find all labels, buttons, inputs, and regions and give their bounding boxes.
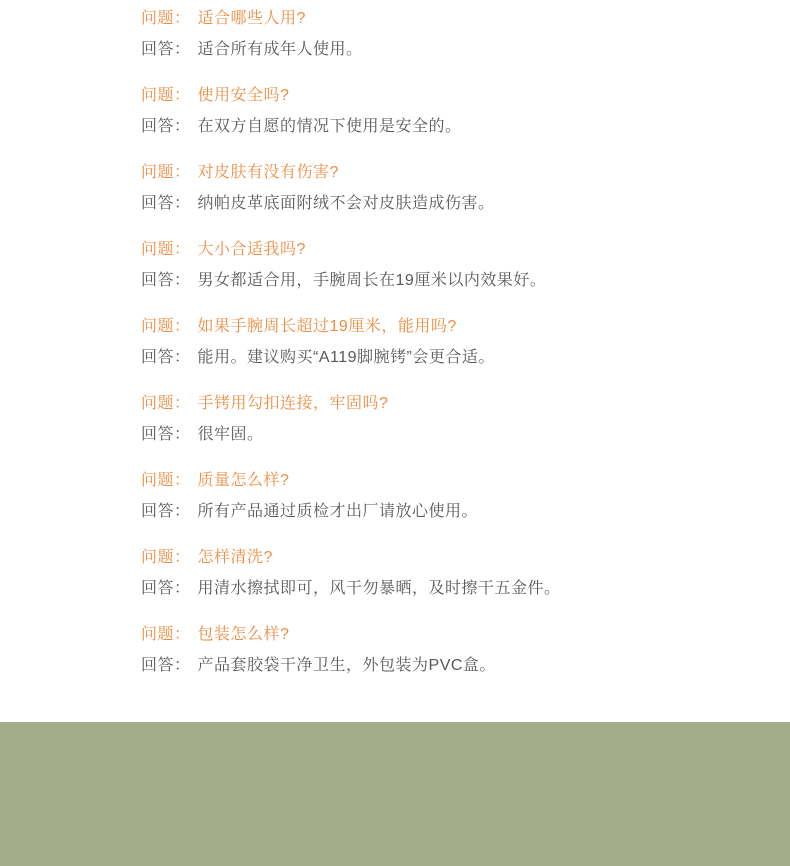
answer-line: 回答： 用清水擦拭即可，风干勿暴晒，及时擦干五金件。 (141, 578, 750, 600)
answer-line: 回答： 能用。建议购买“A119脚腕铐”会更合适。 (141, 347, 750, 369)
question-text: 大小合适我吗? (198, 239, 306, 261)
answer-label: 回答： (141, 116, 191, 138)
question-line: 问题： 如果手腕周长超过19厘米，能用吗? (141, 316, 750, 338)
answer-label: 回答： (141, 193, 191, 215)
faq-item: 问题： 适合哪些人用? 回答： 适合所有成年人使用。 (141, 8, 750, 61)
question-line: 问题： 大小合适我吗? (141, 239, 750, 261)
answer-text: 用清水擦拭即可，风干勿暴晒，及时擦干五金件。 (198, 578, 561, 600)
question-line: 问题： 质量怎么样? (141, 470, 750, 492)
answer-text: 纳帕皮革底面附绒不会对皮肤造成伤害。 (198, 193, 495, 215)
answer-label: 回答： (141, 424, 191, 446)
question-text: 适合哪些人用? (198, 8, 306, 30)
question-text: 对皮肤有没有伤害? (198, 162, 339, 184)
answer-text: 很牢固。 (198, 424, 264, 446)
question-text: 质量怎么样? (198, 470, 290, 492)
answer-text: 适合所有成年人使用。 (198, 39, 363, 61)
answer-label: 回答： (141, 501, 191, 523)
faq-item: 问题： 包装怎么样? 回答： 产品套胶袋干净卫生，外包装为PVC盒。 (141, 624, 750, 677)
question-label: 问题： (141, 316, 191, 338)
answer-text: 男女都适合用，手腕周长在19厘米以内效果好。 (198, 270, 547, 292)
question-text: 包装怎么样? (198, 624, 290, 646)
answer-line: 回答： 纳帕皮革底面附绒不会对皮肤造成伤害。 (141, 193, 750, 215)
question-text: 手铐用勾扣连接，牢固吗? (198, 393, 389, 415)
question-label: 问题： (141, 8, 191, 30)
question-label: 问题： (141, 547, 191, 569)
question-line: 问题： 包装怎么样? (141, 624, 750, 646)
faq-item: 问题： 使用安全吗? 回答： 在双方自愿的情况下使用是安全的。 (141, 85, 750, 138)
question-label: 问题： (141, 85, 191, 107)
answer-label: 回答： (141, 270, 191, 292)
answer-line: 回答： 在双方自愿的情况下使用是安全的。 (141, 116, 750, 138)
question-text: 如果手腕周长超过19厘米，能用吗? (198, 316, 457, 338)
faq-item: 问题： 如果手腕周长超过19厘米，能用吗? 回答： 能用。建议购买“A119脚腕… (141, 316, 750, 369)
question-line: 问题： 手铐用勾扣连接，牢固吗? (141, 393, 750, 415)
answer-line: 回答： 适合所有成年人使用。 (141, 39, 750, 61)
question-label: 问题： (141, 624, 191, 646)
answer-line: 回答： 男女都适合用，手腕周长在19厘米以内效果好。 (141, 270, 750, 292)
faq-item: 问题： 质量怎么样? 回答： 所有产品通过质检才出厂请放心使用。 (141, 470, 750, 523)
faq-item: 问题： 大小合适我吗? 回答： 男女都适合用，手腕周长在19厘米以内效果好。 (141, 239, 750, 292)
answer-line: 回答： 很牢固。 (141, 424, 750, 446)
question-line: 问题： 使用安全吗? (141, 85, 750, 107)
footer-banner (0, 722, 790, 866)
answer-line: 回答： 所有产品通过质检才出厂请放心使用。 (141, 501, 750, 523)
question-label: 问题： (141, 162, 191, 184)
answer-line: 回答： 产品套胶袋干净卫生，外包装为PVC盒。 (141, 655, 750, 677)
question-label: 问题： (141, 239, 191, 261)
question-label: 问题： (141, 470, 191, 492)
answer-text: 在双方自愿的情况下使用是安全的。 (198, 116, 462, 138)
faq-section: 问题： 适合哪些人用? 回答： 适合所有成年人使用。 问题： 使用安全吗? 回答… (0, 0, 790, 722)
answer-text: 产品套胶袋干净卫生，外包装为PVC盒。 (198, 655, 496, 677)
faq-item: 问题： 对皮肤有没有伤害? 回答： 纳帕皮革底面附绒不会对皮肤造成伤害。 (141, 162, 750, 215)
faq-item: 问题： 怎样清洗? 回答： 用清水擦拭即可，风干勿暴晒，及时擦干五金件。 (141, 547, 750, 600)
question-line: 问题： 适合哪些人用? (141, 8, 750, 30)
question-label: 问题： (141, 393, 191, 415)
product-faq-page: 问题： 适合哪些人用? 回答： 适合所有成年人使用。 问题： 使用安全吗? 回答… (0, 0, 790, 866)
answer-label: 回答： (141, 39, 191, 61)
question-line: 问题： 对皮肤有没有伤害? (141, 162, 750, 184)
answer-text: 能用。建议购买“A119脚腕铐”会更合适。 (198, 347, 495, 369)
answer-text: 所有产品通过质检才出厂请放心使用。 (198, 501, 479, 523)
answer-label: 回答： (141, 655, 191, 677)
faq-item: 问题： 手铐用勾扣连接，牢固吗? 回答： 很牢固。 (141, 393, 750, 446)
question-text: 使用安全吗? (198, 85, 290, 107)
answer-label: 回答： (141, 578, 191, 600)
question-text: 怎样清洗? (198, 547, 273, 569)
question-line: 问题： 怎样清洗? (141, 547, 750, 569)
answer-label: 回答： (141, 347, 191, 369)
